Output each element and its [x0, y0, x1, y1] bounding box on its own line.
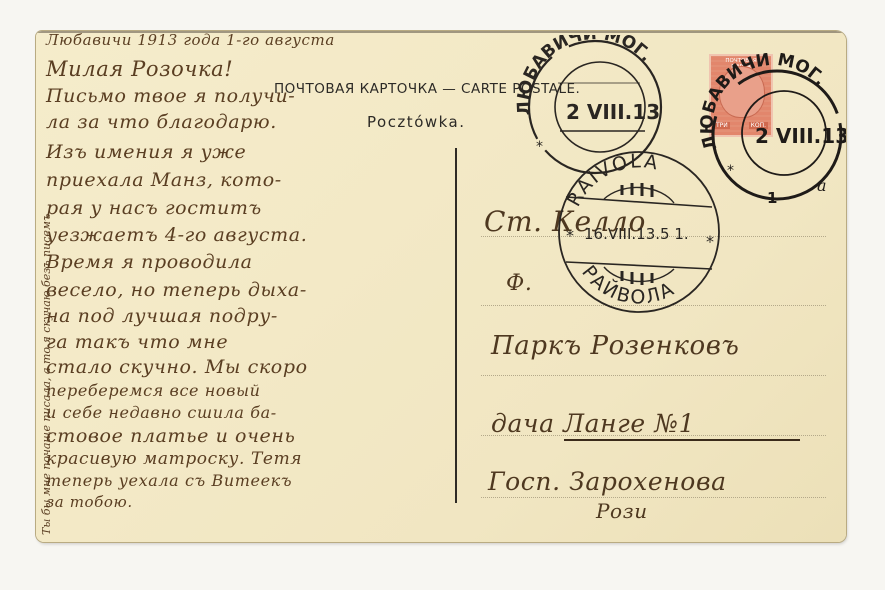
address-line [481, 497, 826, 498]
svg-text:2 VIII.13: 2 VIII.13 [755, 124, 846, 148]
message-line: и себе недавно сшила ба- [46, 403, 277, 422]
message-line: переберемся все новый [46, 381, 261, 400]
message-line: Письмо твое я получи- [46, 85, 295, 107]
address-dacha: дача Ланге №1 [491, 409, 695, 438]
svg-text:RAIVOLA: RAIVOLA [563, 150, 661, 210]
message-line: ла за что благодарю. [46, 111, 277, 133]
message-line: Время я проводила [46, 251, 253, 273]
svg-text:*: * [706, 232, 714, 251]
svg-text:16.VIII.13.5 1.: 16.VIII.13.5 1. [584, 225, 689, 243]
divider-line [455, 148, 457, 503]
message-line: Изъ имения я уже [46, 141, 246, 163]
message-line: весело, но теперь дыха- [46, 279, 307, 301]
svg-text:*: * [536, 139, 543, 155]
message-line: га такъ что мне [46, 331, 228, 353]
message-line: уезжаетъ 4-го августа. [46, 224, 307, 246]
message-line: красивую матроску. Тетя [46, 449, 302, 469]
message-line: Милая Розочка! [46, 57, 233, 81]
address-park: Паркъ Розенковъ [491, 331, 739, 361]
address-line [481, 375, 826, 376]
postmark-raivola: RAIVOLA РАЙВОЛА * 16.VIII.13.5 1. * [544, 137, 734, 327]
message-line: теперь уехала съ Витеекъ [46, 471, 292, 490]
svg-text:*: * [566, 226, 574, 245]
message-line: на под лучшая подру- [46, 305, 278, 327]
svg-text:1: 1 [767, 189, 777, 207]
message-line: стало скучно. Мы скоро [46, 356, 308, 378]
svg-text:а: а [817, 176, 827, 195]
address-recipient: Госп. Зарохенова [488, 467, 727, 496]
address-line-2: Ф. [506, 271, 532, 296]
address-name: Рози [596, 499, 648, 523]
message-line: приехала Манз, кото- [46, 169, 282, 191]
underline [564, 439, 800, 441]
printed-subheader: Pocztówka. [367, 113, 466, 131]
message-line: за тобою. [46, 493, 133, 511]
message-line: стовое платье и очень [46, 425, 295, 447]
message-line: рая у насъ гоститъ [46, 197, 262, 219]
postcard: Ты бы мне почаще писала, а то я скучаю б… [36, 31, 846, 542]
message-line: Любавичи 1913 года 1-го августа [46, 31, 335, 49]
svg-text:РАЙВОЛА: РАЙВОЛА [577, 261, 679, 308]
svg-text:2 VIII.13: 2 VIII.13 [566, 100, 660, 124]
